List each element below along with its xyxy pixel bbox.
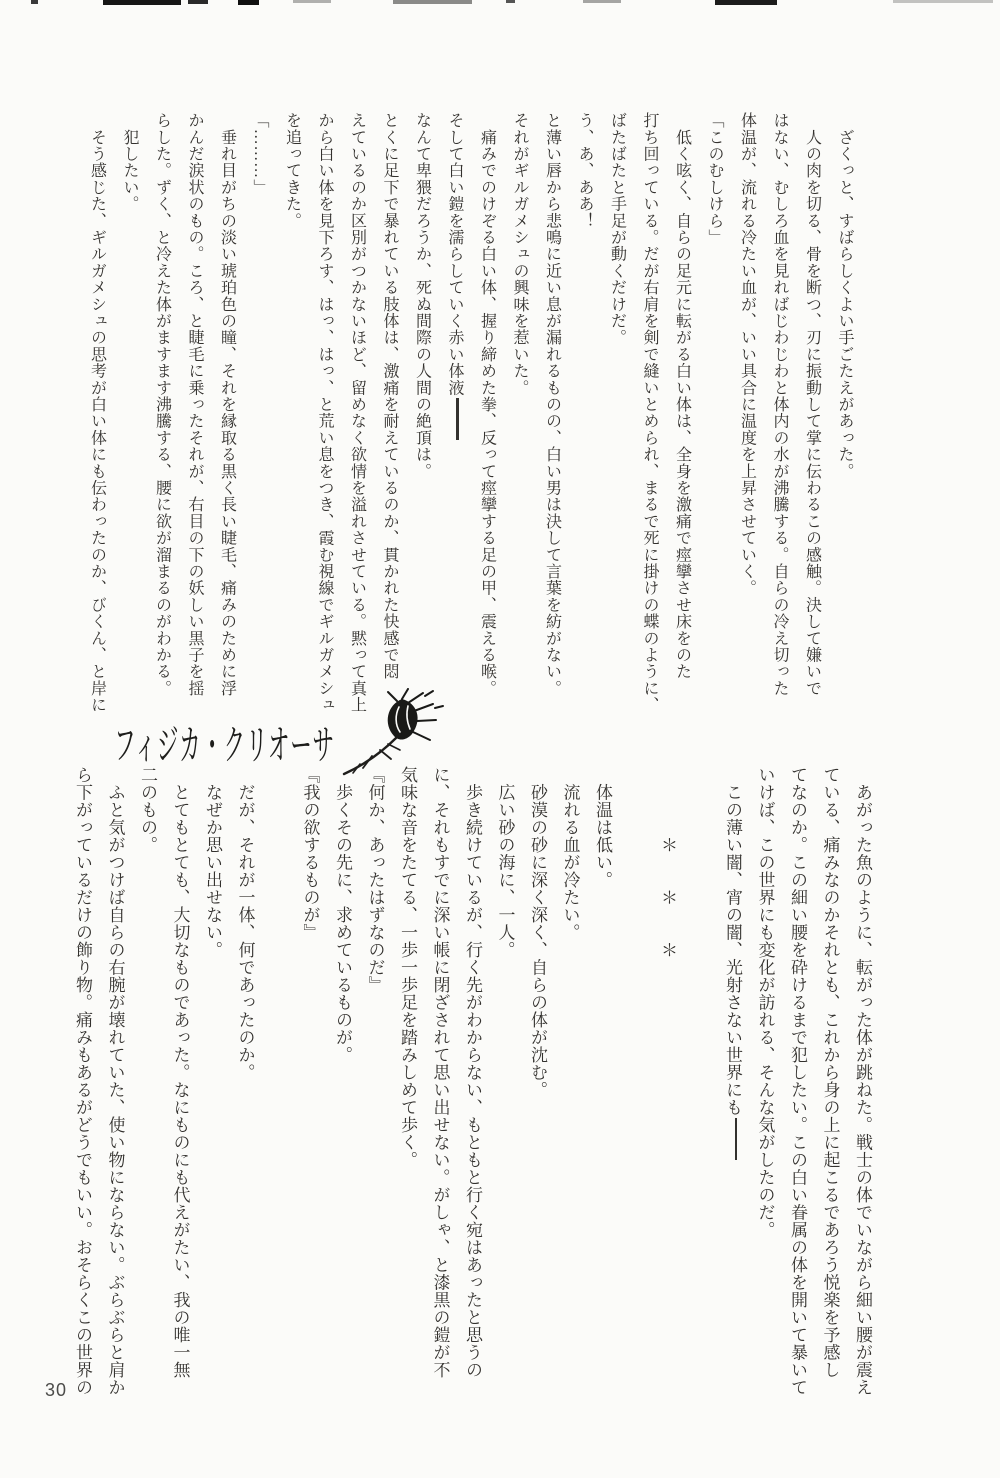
text-column: と薄い唇から悲鳴に近い息が漏れるものの、白い男は決して言葉を紡がない。 bbox=[535, 112, 568, 718]
text-column: 体温は低い。 bbox=[586, 766, 619, 1400]
text-column: 犯したい。 bbox=[113, 112, 146, 718]
text-column: そして白い鎧を濡らしていく赤い体液 bbox=[438, 112, 471, 718]
text-column: らした。ずく、と冷えた体がますます沸騰する、腰に欲が溜まるのがわかる。 bbox=[145, 112, 178, 718]
text-column: から白い体を見下ろす、はっ、はっ、と荒い息をつき、霞む視線でギルガメシュ bbox=[308, 112, 341, 718]
text-column: 二のもの。 bbox=[131, 766, 164, 1400]
text-column: 垂れ目がちの淡い琥珀色の瞳、それを縁取る黒く長い睫毛、痛みのために浮 bbox=[210, 112, 243, 718]
em-dash bbox=[735, 1118, 738, 1160]
text-column: とてもとても、大切なものであった。なにものにも代えがたい、我の唯一無 bbox=[163, 766, 196, 1400]
text-column: いけば、この世界にも変化が訪れる、そんな気がしたのだ。 bbox=[748, 766, 781, 1400]
text-column: ている、痛みなのかそれとも、これから身の上に起こるであろう悦楽を予感し bbox=[813, 766, 846, 1400]
page-number: 30 bbox=[45, 1380, 67, 1401]
text-column: かんだ涙状のもの。ころ、と睫毛に乗ったそれが、右目の下の妖しい黒子を揺 bbox=[178, 112, 211, 718]
text-column: 気味な音をたてる、一歩一歩足を踏みしめて歩く。 bbox=[391, 766, 424, 1400]
text-column bbox=[261, 766, 294, 1400]
story-part-1: ざくっと、すばらしくよい手ごたえがあった。 人の肉を切る、骨を断つ、刃に振動して… bbox=[80, 112, 860, 718]
text-column bbox=[683, 766, 716, 1400]
text-column: なぜか思い出せない。 bbox=[196, 766, 229, 1400]
text-column: う、あ、ああ！ bbox=[568, 112, 601, 718]
text-column: はない、むしろ血を見ればじわじわと体内の水が沸騰する。自らの冷え切った bbox=[763, 112, 796, 718]
text-column: 打ち回っている。だが右肩を剣で縫いとめられ、まるで死に掛けの蝶のように、 bbox=[633, 112, 666, 718]
text-column: 広い砂の海に、一人。 bbox=[488, 766, 521, 1400]
text-column: ばたばたと手足が動くだけだ。 bbox=[600, 112, 633, 718]
text-column: ざくっと、すばらしくよい手ごたえがあった。 bbox=[828, 112, 861, 718]
text-column: 人の肉を切る、骨を断つ、刃に振動して掌に伝わるこの感触。決して嫌いで bbox=[795, 112, 828, 718]
text-column: ふと気がつけば自らの右腕が壊れていた、使い物にならない。ぶらぶらと肩か bbox=[98, 766, 131, 1400]
text-column: とくに足下で暴れている肢体は、激痛を耐えているのか、貫かれた快感で悶 bbox=[373, 112, 406, 718]
text-column: てなのか。この細い腰を砕けるまで犯したい。この白い眷属の体を開いて暴いて bbox=[781, 766, 814, 1400]
text-column: 歩くその先に、求めているものが。 bbox=[326, 766, 359, 1400]
story-title: フィジカ・クリオーサ bbox=[114, 712, 335, 771]
text-column: ら下がっているだけの飾り物。痛みもあるがどうでもいい。おそらくこの世界の bbox=[66, 766, 99, 1400]
text-column: 歩き続けているが、行く先がわからない、もともと行く宛はあったと思うの bbox=[456, 766, 489, 1400]
text-column: えているのか区別がつかないほど、留めなく欲情を溢れさせている。黙って真上 bbox=[340, 112, 373, 718]
text-column: 流れる血が冷たい。 bbox=[553, 766, 586, 1400]
text-column: あがった魚のように、転がった体が跳ねた。戦士の体でいながら細い腰が震え bbox=[846, 766, 879, 1400]
text-column: 体温が、流れる冷たい血が、いい具合に温度を上昇させていく。 bbox=[730, 112, 763, 718]
story-part-2: あがった魚のように、転がった体が跳ねた。戦士の体でいながら細い腰が震えている、痛… bbox=[66, 766, 879, 1400]
text-column: 砂漠の砂に深く深く、自らの体が沈む。 bbox=[521, 766, 554, 1400]
text-column: ＊ ＊ ＊ bbox=[651, 766, 684, 1400]
text-column: 『我の欲するものが』 bbox=[293, 766, 326, 1400]
text-column: なんて卑猥だろうか、死ぬ間際の人間の絶頂は。 bbox=[405, 112, 438, 718]
scan-edge-artifacts bbox=[0, 0, 1000, 8]
text-column: 「このむしけら」 bbox=[698, 112, 731, 718]
text-column: 痛みでのけぞる白い体、握り締めた拳、反って痙攣する足の甲、震える喉。 bbox=[470, 112, 503, 718]
text-column: 『何か、あったはずなのだ』 bbox=[358, 766, 391, 1400]
text-column: この薄い闇、宵の闇、光射さない世界にも bbox=[716, 766, 749, 1400]
text-column: に、それもすでに深い帳に閉ざされて思い出せない。がしゃ、と漆黒の鎧が不 bbox=[423, 766, 456, 1400]
text-column: を追ってきた。 bbox=[275, 112, 308, 718]
em-dash bbox=[456, 398, 459, 440]
text-column: 低く呟く、自らの足元に転がる白い体は、全身を激痛で痙攣させ床をのた bbox=[665, 112, 698, 718]
text-column: それがギルガメシュの興味を惹いた。 bbox=[503, 112, 536, 718]
text-column: そう感じた、ギルガメシュの思考が白い体にも伝わったのか、びくん、と岸に bbox=[80, 112, 113, 718]
text-column bbox=[618, 766, 651, 1400]
text-column: 「………」 bbox=[243, 112, 276, 718]
text-column: だが、それが一体、何であったのか。 bbox=[228, 766, 261, 1400]
